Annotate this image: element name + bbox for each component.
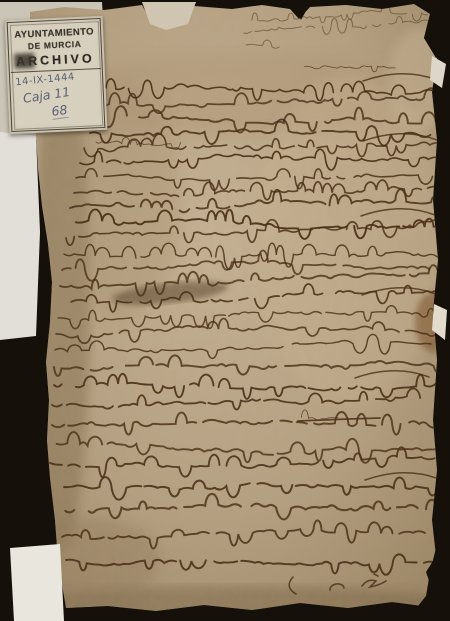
white-corner-patch [10, 544, 64, 621]
ink-blot-on-stamp [14, 53, 35, 69]
stamp-divider-line [11, 68, 101, 73]
archive-stamp-label: AYUNTAMIENTO DE MURCIA ARCHIVO 14-IX-144… [5, 16, 108, 134]
pencil-number-annotation: 68 [51, 102, 69, 120]
stamp-border-box: AYUNTAMIENTO DE MURCIA ARCHIVO 14-IX-144… [7, 18, 106, 132]
archival-manuscript-photo: AYUNTAMIENTO DE MURCIA ARCHIVO 14-IX-144… [0, 0, 450, 621]
backing-paper-strip [0, 132, 40, 340]
